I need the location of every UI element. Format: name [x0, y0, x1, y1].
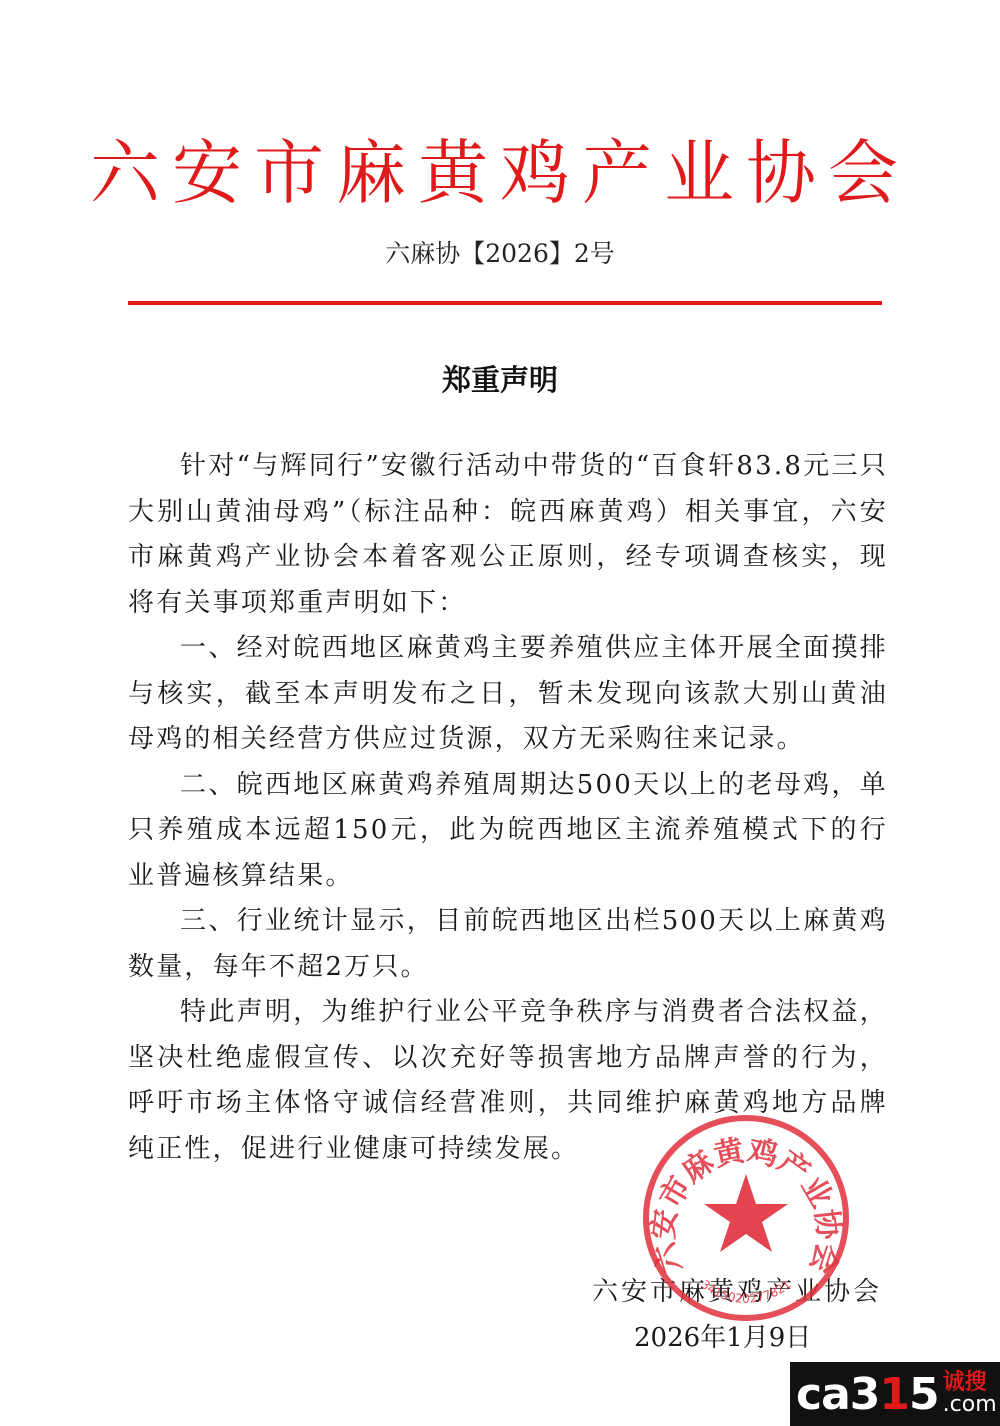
watermark-domain: .com [943, 1394, 997, 1416]
official-seal-icon: 六安市麻黄鸡产业协会 3415020277821 [640, 1112, 852, 1324]
paragraph-point-2: 二、皖西地区麻黄鸡养殖周期达500天以上的老母鸡，单只养殖成本远超150元，此为… [128, 763, 888, 900]
statement-body: 针对“与辉同行”安徽行活动中带货的“百食轩83.8元三只大别山黄油母鸡”（标注品… [128, 444, 888, 1172]
svg-text:3415020277821: 3415020277821 [698, 1277, 793, 1306]
document-number: 六麻协【2026】2号 [0, 236, 1000, 272]
organization-title: 六安市麻黄鸡产业协会 [0, 128, 1000, 218]
watermark-brand: ca315 [796, 1369, 939, 1420]
paragraph-intro: 针对“与辉同行”安徽行活动中带货的“百食轩83.8元三只大别山黄油母鸡”（标注品… [128, 444, 888, 626]
red-divider [128, 301, 882, 305]
watermark-cn: 诚搜 [943, 1372, 997, 1394]
signature-date: 2026年1月9日 [634, 1318, 811, 1358]
seal-code: 3415020277821 [698, 1277, 793, 1306]
site-watermark-logo: ca315 诚搜 .com [790, 1362, 1000, 1426]
paragraph-point-3: 三、行业统计显示，目前皖西地区出栏500天以上麻黄鸡数量，每年不超2万只。 [128, 899, 888, 990]
statement-heading: 郑重声明 [0, 360, 1000, 400]
paragraph-point-1: 一、经对皖西地区麻黄鸡主要养殖供应主体开展全面摸排与核实，截至本声明发布之日，暂… [128, 626, 888, 763]
